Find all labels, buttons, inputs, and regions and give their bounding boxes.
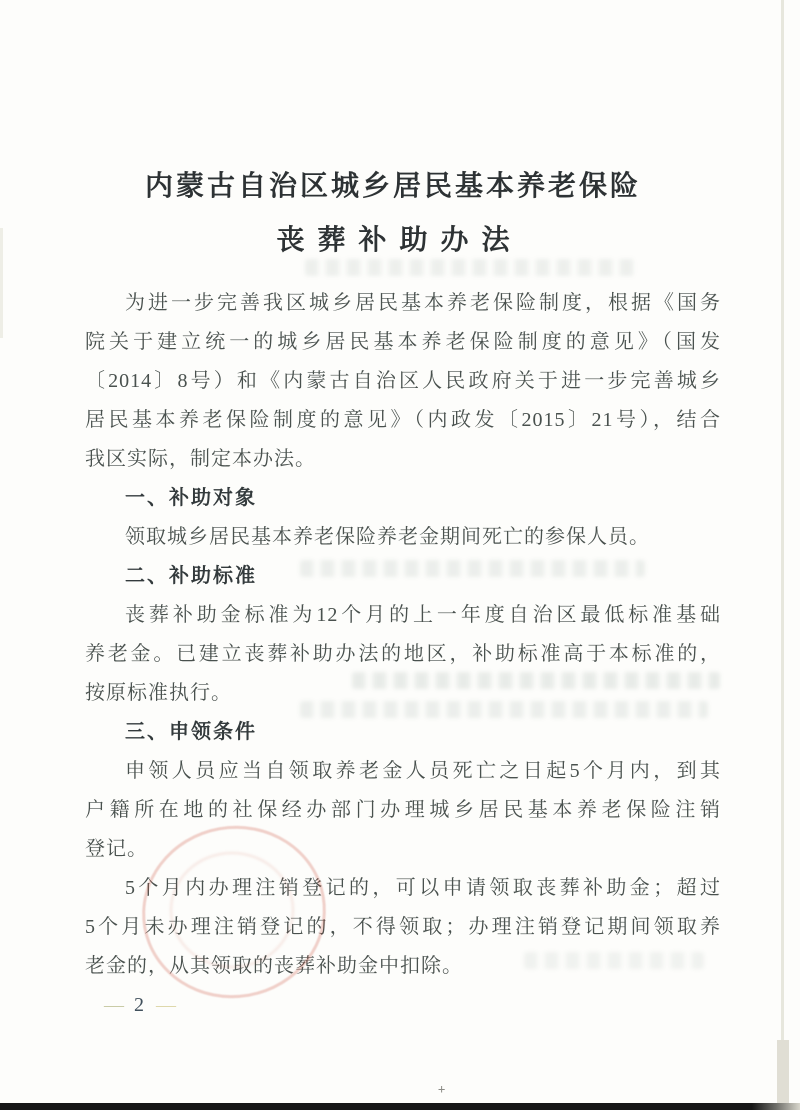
document-title-line1: 内蒙古自治区城乡居民基本养老保险 xyxy=(0,170,786,204)
scanned-document-page: 内蒙古自治区城乡居民基本养老保险 丧葬补助办法 为进一步完善我区城乡居民基本养老… xyxy=(0,0,800,1110)
scan-edge-right xyxy=(781,0,784,1110)
body-line: 申领人员应当自领取养老金人员死亡之日起5个月内，到其 xyxy=(85,752,721,791)
registration-mark: + xyxy=(438,1082,445,1096)
body-line: 院关于建立统一的城乡居民基本养老保险制度的意见》（国发 xyxy=(85,323,721,362)
body-line: 养老金。已建立丧葬补助办法的地区，补助标准高于本标准的， xyxy=(85,635,721,674)
scan-edge-right-band xyxy=(777,1040,789,1104)
body-line: 领取城乡居民基本养老保险养老金期间死亡的参保人员。 xyxy=(85,518,721,557)
body-line: 〔2014〕8号）和《内蒙古自治区人民政府关于进一步完善城乡 xyxy=(85,362,721,401)
section-heading-1: 一、补助对象 xyxy=(85,479,721,518)
body-line: 为进一步完善我区城乡居民基本养老保险制度，根据《国务 xyxy=(85,284,721,323)
page-number-footer: —2— xyxy=(104,990,174,1020)
footer-dash-right: — xyxy=(156,994,174,1016)
scan-edge-left xyxy=(0,228,3,338)
body-line: 居民基本养老保险制度的意见》（内政发〔2015〕21号），结合 xyxy=(85,401,721,440)
footer-dash-left: — xyxy=(104,994,122,1016)
body-line: 我区实际，制定本办法。 xyxy=(85,440,721,479)
body-line: 按原标准执行。 xyxy=(85,674,721,713)
red-seal-stamp-inner-arc xyxy=(170,852,294,968)
scan-edge-bottom xyxy=(0,1103,800,1110)
ink-bleed-mark xyxy=(305,259,635,276)
page-number: 2 xyxy=(134,994,144,1016)
body-line: 户籍所在地的社保经办部门办理城乡居民基本养老保险注销 xyxy=(85,791,721,830)
section-heading-3: 三、申领条件 xyxy=(85,713,721,752)
section-heading-2: 二、补助标准 xyxy=(85,557,721,596)
body-line: 丧葬补助金标准为12个月的上一年度自治区最低标准基础 xyxy=(85,596,721,635)
document-title-line2: 丧葬补助办法 xyxy=(0,224,786,258)
